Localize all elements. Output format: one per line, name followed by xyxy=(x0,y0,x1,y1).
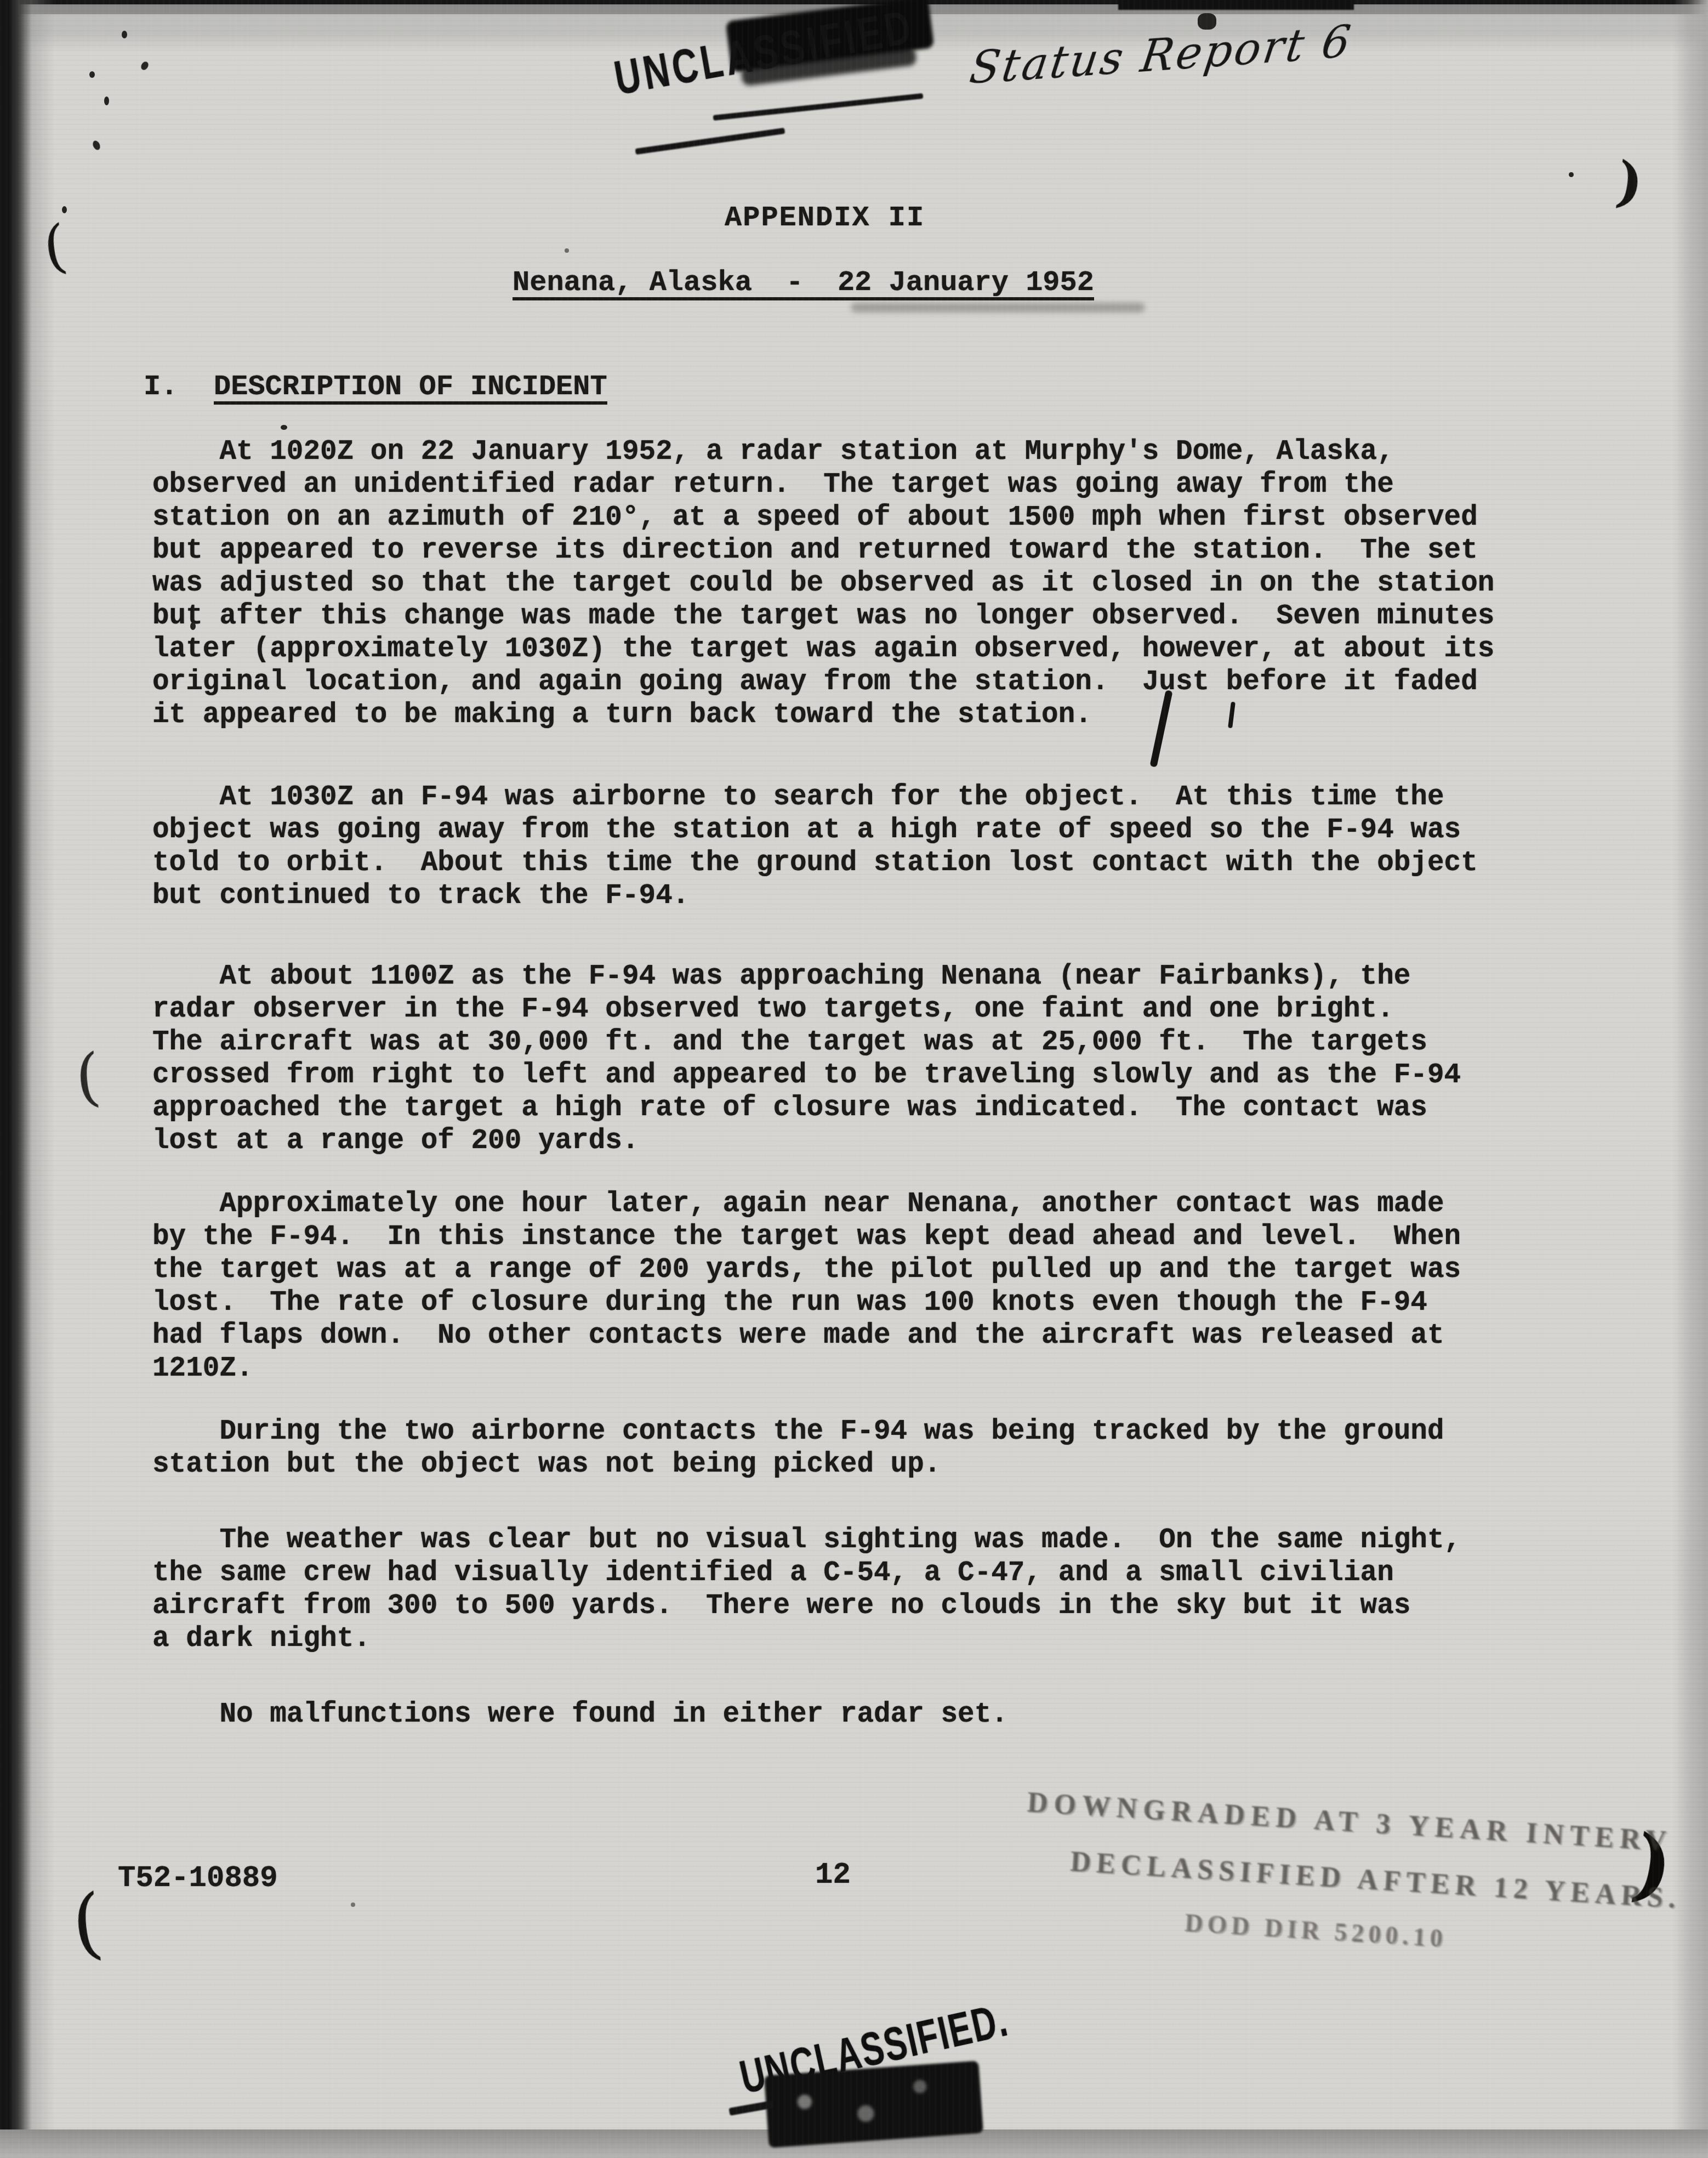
pen-mark-open-paren-mid-left: ( xyxy=(72,1040,103,1115)
paragraph-2: At 1030Z an F-94 was airborne to search … xyxy=(152,781,1578,913)
paragraph-1: At 1020Z on 22 January 1952, a radar sta… xyxy=(152,436,1578,732)
document-number: T52-10889 xyxy=(118,1862,278,1895)
scanned-document-page: UNCLASSIFIED Status Report 6 ) ( ( ( ) A… xyxy=(0,0,1708,2158)
paragraph-6: The weather was clear but no visual sigh… xyxy=(152,1524,1578,1656)
paragraph-4: Approximately one hour later, again near… xyxy=(152,1188,1578,1385)
downgrade-stamp-line-1: DOWNGRADED AT 3 YEAR INTERV xyxy=(1026,1786,1586,1853)
page-number: 12 xyxy=(815,1859,851,1892)
underline-smudge xyxy=(851,303,1145,313)
section-heading: DESCRIPTION OF INCIDENT xyxy=(214,371,607,403)
dust-speck xyxy=(1569,172,1574,177)
secret-strikethrough-mark-2 xyxy=(635,128,785,155)
section-numeral: I. xyxy=(144,371,178,403)
dust-speck xyxy=(104,96,109,105)
pen-mark-close-paren-top-right: ) xyxy=(1613,149,1647,216)
scan-edge-left xyxy=(0,0,55,2158)
dust-speck xyxy=(565,248,569,253)
downgrade-stamp-line-2: DECLASSIFIED AFTER 12 YEARS. xyxy=(1069,1845,1583,1909)
dust-speck xyxy=(122,31,127,38)
redacted-secret-stamp-bottom xyxy=(764,2060,983,2148)
dust-speck xyxy=(351,1903,355,1907)
scan-edge-right xyxy=(1673,0,1708,2158)
scan-edge-top-dark-segment xyxy=(1118,0,1354,10)
ink-blot xyxy=(1198,13,1216,30)
pen-mark-open-paren-bottom-left: ( xyxy=(67,1878,106,1970)
dust-speck xyxy=(89,71,95,78)
dust-speck xyxy=(281,425,287,430)
appendix-title: APPENDIX II xyxy=(725,202,925,234)
downgrade-stamp-line-3: DOD DIR 5200.10 xyxy=(1184,1908,1580,1961)
downgrade-stamp: DOWNGRADED AT 3 YEAR INTERV DECLASSIFIED… xyxy=(1018,1767,1587,1981)
secret-strikethrough-mark xyxy=(713,93,924,121)
dust-speck xyxy=(190,622,196,630)
paragraph-7: No malfunctions were found in either rad… xyxy=(152,1699,1578,1731)
document-subtitle: Nenana, Alaska - 22 January 1952 xyxy=(513,266,1094,299)
dust-speck xyxy=(92,139,101,151)
dust-speck xyxy=(140,60,150,71)
paragraph-3: At about 1100Z as the F-94 was approachi… xyxy=(152,961,1578,1158)
paragraph-5: During the two airborne contacts the F-9… xyxy=(152,1416,1578,1481)
dust-speck xyxy=(62,206,67,213)
